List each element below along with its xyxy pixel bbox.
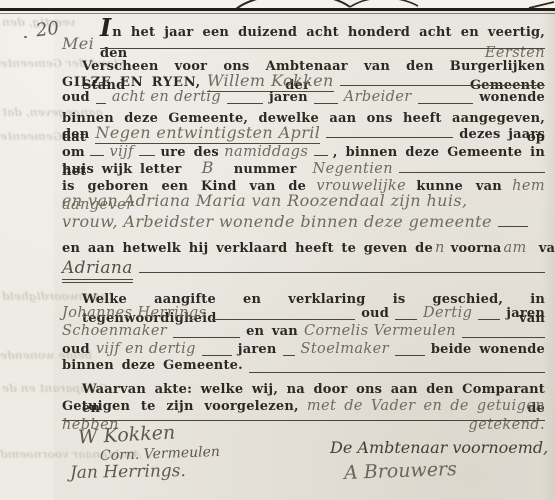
dash-line bbox=[139, 154, 155, 156]
dash-line bbox=[227, 103, 263, 104]
dash-line bbox=[202, 355, 232, 356]
handwritten-am: am bbox=[504, 240, 527, 256]
mother-line-1: en van Adriana Maria van Roozendaal zijn… bbox=[62, 191, 545, 210]
fill-line bbox=[395, 355, 425, 356]
declarant-age-line: oud acht en dertig jaren Arbeider wonend… bbox=[62, 89, 545, 108]
witness2-occupation: Stoelmaker bbox=[301, 341, 389, 357]
jaren-label: jaren bbox=[238, 342, 277, 357]
declarant-line: GILZE EN RYEN, Willem Kokken bbox=[62, 71, 545, 90]
birth-certificate-scan: veertig, den Stand der Gemeente aangegev… bbox=[0, 0, 555, 500]
witness2-age: vijf en dertig bbox=[96, 341, 196, 357]
jaren-label: jaren bbox=[269, 90, 308, 105]
fill-line bbox=[212, 319, 355, 320]
beide-wonende-label: beide wonende bbox=[431, 342, 545, 357]
signature-witness1: Jan Herrings. bbox=[70, 461, 186, 483]
dash-line bbox=[90, 154, 104, 156]
dash-line bbox=[314, 103, 338, 104]
jaren-label: jaren bbox=[506, 306, 545, 321]
fill-line bbox=[326, 137, 453, 138]
mother-occupation: vrouw, Arbeidster wonende binnen deze ge… bbox=[62, 212, 492, 231]
dash-line bbox=[462, 337, 545, 338]
birth-date-line: den Negen entwintigsten April dezes jaar… bbox=[62, 123, 545, 142]
oud-label: oud bbox=[62, 90, 90, 105]
witness2-line: Schoenmaker en van Cornelis Vermeulen bbox=[62, 323, 545, 342]
month-line: Mei bbox=[62, 34, 545, 53]
witness1-occupation: Schoenmaker bbox=[62, 323, 167, 339]
name-clause-text: en aan hetwelk hij verklaard heeft te ge… bbox=[62, 241, 433, 256]
mother-name: en van Adriana Maria van Roozendaal zijn… bbox=[62, 191, 468, 210]
year-line: In het jaar een duizend acht honderd ach… bbox=[62, 13, 545, 32]
child-name-line: Adriana bbox=[62, 258, 545, 277]
handwritten-n: n bbox=[435, 240, 445, 256]
signature-father: W Kokken bbox=[77, 421, 175, 448]
van-label: van bbox=[539, 241, 555, 256]
oud-label: oud bbox=[361, 306, 389, 321]
closing-rule bbox=[62, 420, 545, 421]
fill-line bbox=[139, 272, 545, 273]
wonende-label: wonende bbox=[479, 90, 545, 105]
child-name: Adriana bbox=[62, 258, 133, 283]
dezes-jaars-label: dezes jaars bbox=[459, 127, 545, 142]
fill-line bbox=[100, 48, 545, 49]
den-label: den bbox=[62, 127, 89, 142]
residence-close-line: binnen deze Gemeente. bbox=[62, 358, 545, 377]
fill-line bbox=[340, 85, 545, 86]
witness1-line: Johannes Herrings oud Dertig jaren bbox=[62, 305, 545, 324]
dash-line bbox=[96, 103, 106, 104]
fill-line bbox=[399, 172, 545, 173]
top-separator-rule bbox=[0, 8, 555, 11]
name-clause-line: en aan hetwelk hij verklaard heeft te ge… bbox=[62, 240, 545, 259]
signature-official: A Brouwers bbox=[344, 458, 458, 484]
municipality-name: GILZE EN RYEN, bbox=[62, 75, 201, 90]
fill-line bbox=[249, 372, 545, 373]
fill-line bbox=[173, 337, 240, 338]
witness2-name: Cornelis Vermeulen bbox=[304, 323, 456, 339]
dash-line bbox=[395, 319, 417, 320]
voorna-label: voorna bbox=[451, 241, 502, 256]
month-handwritten: Mei bbox=[62, 34, 94, 53]
bleedthrough-text: Gemeente bbox=[0, 130, 62, 143]
mother-line-2: vrouw, Arbeidster wonende binnen deze ge… bbox=[62, 212, 545, 231]
witness1-age: Dertig bbox=[423, 305, 472, 321]
act-number: 20 bbox=[35, 18, 60, 42]
dash-line bbox=[314, 154, 328, 156]
official-title: De Ambtenaar voornoemd, bbox=[330, 438, 548, 457]
ink-speck bbox=[24, 36, 27, 38]
fill-line bbox=[418, 103, 474, 104]
closing-line-2: Getuigen te zijn voorgelezen, met de Vad… bbox=[62, 395, 545, 414]
witness1-name: Johannes Herrings bbox=[62, 305, 206, 321]
father-occupation: Arbeider bbox=[344, 89, 412, 105]
dash-line bbox=[283, 355, 295, 356]
dash-line bbox=[498, 226, 528, 227]
dash-line bbox=[478, 319, 500, 320]
father-age: acht en dertig bbox=[112, 89, 221, 105]
oud-label: oud bbox=[62, 342, 90, 357]
residence-close-text: binnen deze Gemeente. bbox=[62, 358, 243, 373]
en-van-label: en van bbox=[246, 324, 298, 339]
closing-text-2: Getuigen te zijn voorgelezen, bbox=[62, 399, 299, 414]
